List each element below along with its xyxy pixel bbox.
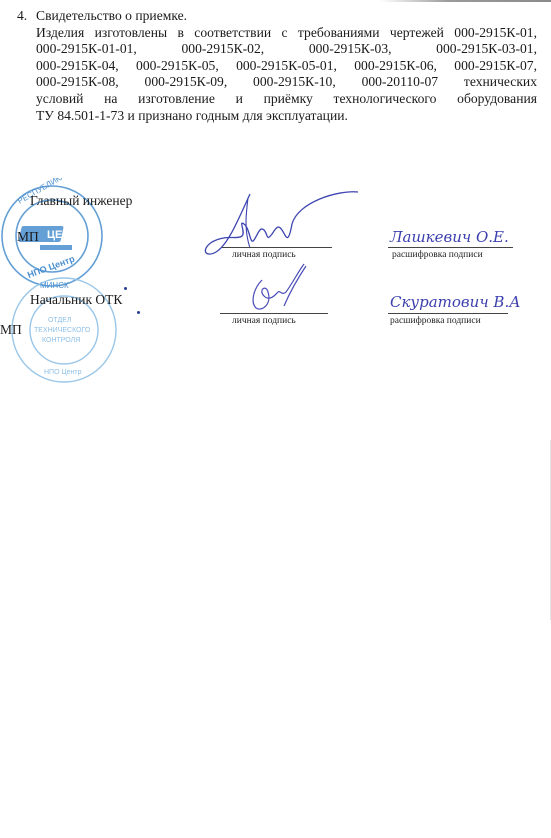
signature-scribble-icon [232,262,312,314]
signature-caption: личная подпись [232,250,296,260]
svg-text:ОТДЕЛ: ОТДЕЛ [48,317,72,324]
signature-line [222,247,332,248]
ink-speck [124,287,127,290]
body-line: условий на изготовление и приёмку технол… [36,91,537,108]
svg-text:КОНТРОЛЯ: КОНТРОЛЯ [42,337,80,344]
body-line: 000-2915К-08, 000-2915К-09, 000-2915К-10… [36,74,537,91]
svg-text:НПО Центр: НПО Центр [44,369,82,376]
signature-line [220,313,328,314]
svg-text:ТЕХНИЧЕСКОГО: ТЕХНИЧЕСКОГО [34,327,91,334]
scan-edge [380,0,551,2]
section-heading: 4. Свидетельство о приемке. [17,8,537,25]
role-chief-engineer: Главный инженер [30,193,132,209]
acceptance-certificate-section: 4. Свидетельство о приемке. Изделия изго… [17,8,537,124]
role-otk-head: Начальник ОТК [30,292,122,308]
section-body: Изделия изготовлены в соответствии с тре… [36,25,537,125]
section-number: 4. [17,8,36,25]
seal-label: МП [17,229,39,245]
body-line: ТУ 84.501-1-73 и признано годным для экс… [36,108,537,125]
seal-label: МП [0,322,22,338]
body-line: 000-2915К-01-01, 000-2915К-02, 000-2915К… [36,41,537,58]
name-caption: расшифровка подписи [390,316,481,326]
handwritten-name: Скуратович В.А [390,293,521,311]
signature-caption: личная подпись [232,316,296,326]
name-line [388,247,513,248]
svg-text:ЦЕНТР: ЦЕНТР [47,229,84,241]
handwritten-name: Лашкевич О.Е. [390,228,509,246]
name-caption: расшифровка подписи [392,250,483,260]
body-line: 000-2915К-04, 000-2915К-05, 000-2915К-05… [36,58,537,75]
body-line: Изделия изготовлены в соответствии с тре… [36,25,537,42]
ink-speck [137,311,140,314]
name-line [388,313,508,314]
section-title: Свидетельство о приемке. [36,8,187,25]
